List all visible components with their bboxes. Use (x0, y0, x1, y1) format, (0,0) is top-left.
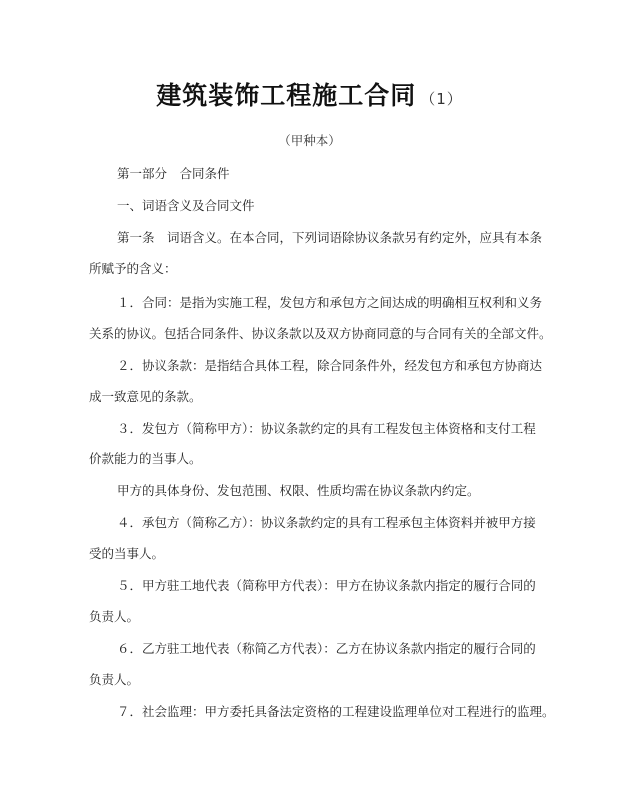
paragraph-line: ２．协议条款：是指结合具体工程，除合同条件外，经发包方和承包方协商达 (117, 356, 542, 374)
paragraph-line: 第一条 词语含义。在本合同，下列词语除协议条款另有约定外，应具有本条 (117, 228, 542, 246)
paragraph-line: 成一致意见的条款。 (89, 387, 202, 405)
paragraph-line: 负责人。 (89, 607, 139, 625)
paragraph-line: 所赋予的含义： (89, 259, 177, 277)
paragraph-line: ７．社会监理：甲方委托具备法定资格的工程建设监理单位对工程进行的监理。 (117, 702, 555, 720)
section-heading: 第一部分 合同条件 (117, 164, 230, 182)
paragraph-line: 价款能力的当事人。 (89, 449, 202, 467)
document-subtitle: （甲种本） (0, 131, 619, 149)
document-title: 建筑装饰工程施工合同（1） (0, 76, 619, 112)
paragraph-line: ３．发包方（简称甲方）：协议条款约定的具有工程发包主体资格和支付工程 (117, 419, 536, 437)
title-number: （1） (420, 90, 463, 108)
paragraph-line: 关系的协议。包括合同条件、协议条款以及双方协商同意的与合同有关的全部文件。 (89, 324, 552, 342)
title-text: 建筑装饰工程施工合同 (156, 81, 416, 110)
paragraph-line: １．合同：是指为实施工程，发包方和承包方之间达成的明确相互权利和义务 (117, 293, 542, 311)
paragraph-line: 负责人。 (89, 670, 139, 688)
paragraph-line: ４．承包方（简称乙方）：协议条款约定的具有工程承包主体资料并被甲方接 (117, 513, 536, 531)
paragraph-line: 甲方的具体身份、发包范围、权限、性质均需在协议条款内约定。 (117, 481, 480, 499)
paragraph-line: ５．甲方驻工地代表（简称甲方代表）：甲方在协议条款内指定的履行合同的 (117, 576, 536, 594)
paragraph-line: 受的当事人。 (89, 544, 164, 562)
subsection-heading: 一、词语含义及合同文件 (117, 196, 255, 214)
paragraph-line: ６．乙方驻工地代表（称简乙方代表）：乙方在协议条款内指定的履行合同的 (117, 639, 536, 657)
